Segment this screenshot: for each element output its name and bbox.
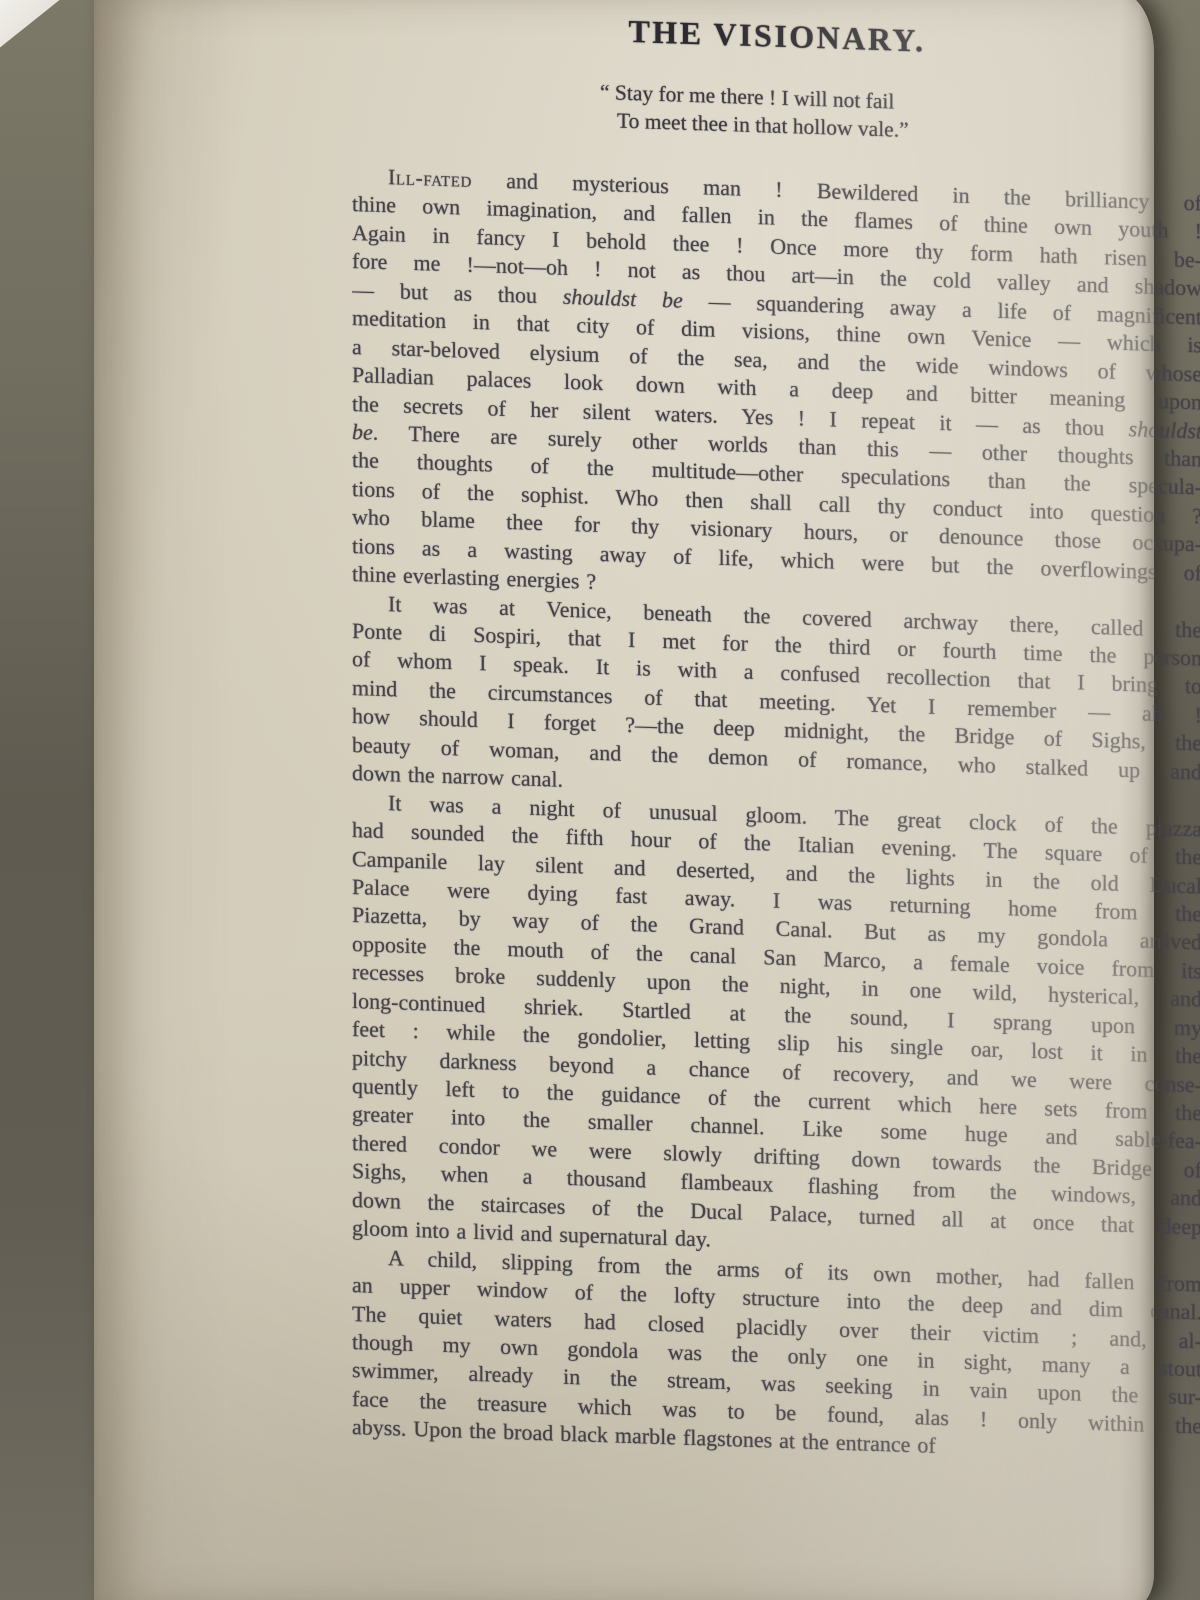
paragraph: Ill-fated and mysterious man ! Bewildere…: [352, 162, 1200, 616]
paragraph: It was at Venice, beneath the covered ar…: [352, 589, 1200, 816]
book-page: THE VISIONARY. “ Stay for me there ! I w…: [94, 0, 1154, 1600]
page-text: THE VISIONARY. “ Stay for me there ! I w…: [352, 4, 1200, 1469]
paragraph: A child, slipping from the arms of its o…: [352, 1243, 1200, 1470]
paragraph: It was a night of unusual gloom. The gre…: [352, 788, 1200, 1270]
epigraph: “ Stay for me there ! I will not fail To…: [600, 79, 1200, 153]
book-photo: THE VISIONARY. “ Stay for me there ! I w…: [0, 0, 1200, 1600]
page-title: THE VISIONARY.: [352, 4, 1200, 68]
story-text: Ill-fated and mysterious man ! Bewildere…: [352, 162, 1200, 1469]
